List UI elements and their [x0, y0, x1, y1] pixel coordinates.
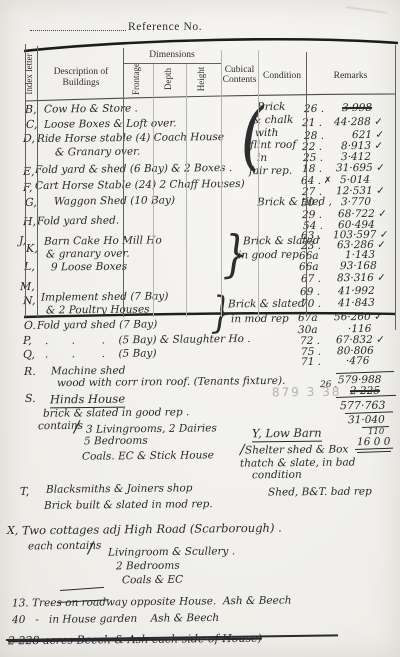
sum-rule-result [336, 395, 396, 398]
desc-barn-granary-over: & granary over. [46, 249, 130, 260]
header-depth: Depth [164, 51, 176, 107]
header-remarks: Remarks [306, 72, 395, 82]
header-description-line2: Buildings [40, 79, 122, 89]
desc-fold-yard-7bay: Fold yard shed (7 Bay) [37, 319, 157, 331]
cross-mark: ✗ [324, 177, 332, 186]
dimensions-underline [123, 63, 221, 64]
low-barn-desc-2: thatch & slate, in bad [240, 457, 356, 469]
hinds-slash: / [74, 419, 80, 435]
header-bottom-rule [25, 94, 395, 101]
hinds-condition: brick & slated in good rep . [43, 407, 189, 419]
desc-barn-cake-mill: Barn Cake Ho Mill Ho [44, 235, 162, 247]
hinds-rooms-1: 3 Livingrooms, 2 Dairies [86, 423, 217, 435]
desc-fold-yard-shed-6bay: Fold yard & shed (6 Bay) & 2 Boxes . [35, 163, 232, 176]
index-letter-C: C, [26, 119, 38, 130]
amount: 93·168 [340, 261, 377, 272]
hinds-rooms-2: 5 Bedrooms [84, 436, 148, 447]
desc-poultry-houses: & 2 Poultry Houses [46, 304, 150, 316]
desc-cart-horse-stable: Cart Horse Stable (24) 2 Chaff Houses) [35, 179, 245, 192]
header-index-letter: Index letter [25, 46, 37, 102]
plot-no: 50 . [301, 198, 321, 209]
index-letter-S: S. [25, 393, 36, 404]
index-letter-K: K, [26, 243, 38, 254]
desc-5bay: . . . (5 Bay) [45, 348, 157, 360]
scanned-form-page: Reference No. Index letter Description o… [0, 0, 400, 657]
plot-no: 69 . [300, 287, 320, 298]
col-line-cubical [258, 50, 259, 317]
cottages-heading: Two cottages adj High Road (Scarborough)… [22, 523, 282, 537]
plot-no: 67 . [301, 274, 321, 285]
index-letter-Q: Q, [23, 349, 35, 360]
col-line-condition [306, 52, 307, 317]
header-description-line1: Description of [40, 68, 122, 78]
cottages-rooms-3: Coals & EC [122, 575, 183, 586]
cottages-slash: / [88, 540, 94, 556]
plot-no: 18 . [302, 164, 322, 175]
amount: 41·992 [338, 286, 375, 297]
roadway-squiggle [60, 587, 104, 591]
blacksmiths-condition: Brick built & slated in mod rep. [44, 499, 213, 511]
index-letter-B: B, [25, 104, 37, 115]
cottages-rooms-1: Livingroom & Scullery . [108, 546, 235, 558]
col-line-depth [186, 64, 187, 317]
desc-fold-yard-shed: Fold yard shed. [37, 216, 119, 227]
amount: 44·288 ✓ [334, 117, 383, 128]
col-line-left [25, 44, 26, 317]
col-line-height [221, 50, 222, 317]
index-letter-M: M, [20, 281, 35, 292]
amount: 31·695 ✓ [336, 163, 385, 174]
calc-rule-4 [357, 451, 391, 453]
desc-ride-horse-stable: Ride Horse stable (4) Coach House [37, 132, 224, 144]
desc-loose-boxes-loft: Loose Boxes & Loft over. [44, 118, 177, 130]
scan-corner-mark [346, 6, 388, 14]
reference-dotted-line [30, 30, 126, 31]
low-barn-desc-1: Shelter shed & Box [245, 444, 348, 456]
low-barn-shed: Shed, B&T. bad rep [268, 486, 372, 498]
hinds-rooms-3: Coals. EC & Stick House [82, 450, 214, 462]
header-frontage: Frontage [132, 51, 144, 107]
amount: 56·260 ✓ [334, 312, 383, 323]
desc-nine-loose-boxes: 9 Loose Boxes [51, 262, 127, 273]
col-line-description [123, 48, 124, 317]
col-line-frontage [153, 64, 154, 317]
desc-implement-shed: Implement shed (7 Bay) [41, 291, 169, 303]
col-line-right [395, 45, 396, 330]
header-condition: Condition [258, 72, 306, 82]
section-low-barn: Y, Low Barn [252, 428, 322, 442]
calc-rule-3 [355, 448, 393, 450]
col-line-index [37, 46, 38, 317]
index-letter-O: O. [24, 320, 36, 331]
plot-no: 66a [299, 262, 319, 273]
condition-good-rep: in good rep . [238, 250, 306, 261]
blacksmiths-shop: Blacksmiths & Joiners shop [46, 483, 193, 495]
index-letter-G: G, [25, 197, 37, 208]
cottages-rooms-2: 2 Bedrooms [116, 561, 180, 572]
condition-mod-rep: in mod rep [231, 314, 289, 325]
reference-no-label: Reference No. [128, 21, 202, 33]
trees-note-2: 40 - in House garden Ash & Beech [12, 613, 219, 626]
desc-waggon-shed: Waggon Shed (10 Bay) [54, 195, 175, 207]
header-cubical-line2: Contents [221, 76, 258, 86]
amount: 3·770 [341, 197, 371, 208]
plot-no: 70 . [301, 299, 321, 310]
condition-brick: Brick [257, 102, 285, 113]
header-height: Height [197, 51, 209, 107]
desc-machine-shed-note: wood with corr iron roof. (Tenants fixtu… [57, 376, 285, 389]
amount: 41·843 [338, 298, 375, 309]
index-letter-X: X, [7, 525, 18, 536]
condition-flint-roof: flint roof [250, 140, 296, 151]
amount: 83·316 ✓ [337, 273, 386, 284]
desc-machine-shed: Machine shed [51, 366, 126, 377]
index-letter-P: P, [23, 335, 32, 346]
section-hinds-house: Hinds House [50, 394, 125, 408]
calc-figure: 31·040 [348, 415, 385, 426]
amount-struck: 3·998 [342, 103, 372, 114]
plot-no: 71 . [301, 357, 321, 368]
plot-no: 67a [298, 313, 318, 324]
table-top-rule [24, 39, 398, 51]
index-letter-T: T, [20, 486, 29, 497]
calc-figure: 16 0 0 [357, 437, 391, 448]
condition-fair-rep: fair rep. [249, 166, 292, 177]
trees-note-1: 13. Trees on roadway opposite House. Ash… [12, 596, 292, 609]
total-result: 577·763 [340, 400, 386, 411]
index-letter-R: R. [24, 366, 36, 377]
low-barn-desc-3: condition [252, 470, 302, 481]
condition-brick-slated-2: Brick & slated [228, 299, 305, 310]
amount: ·476 [346, 356, 369, 367]
desc-granary-over: & Granary over. [55, 147, 140, 158]
plot-no: 21 . [302, 118, 322, 129]
date-stamp: 879 3 38 [272, 386, 342, 399]
